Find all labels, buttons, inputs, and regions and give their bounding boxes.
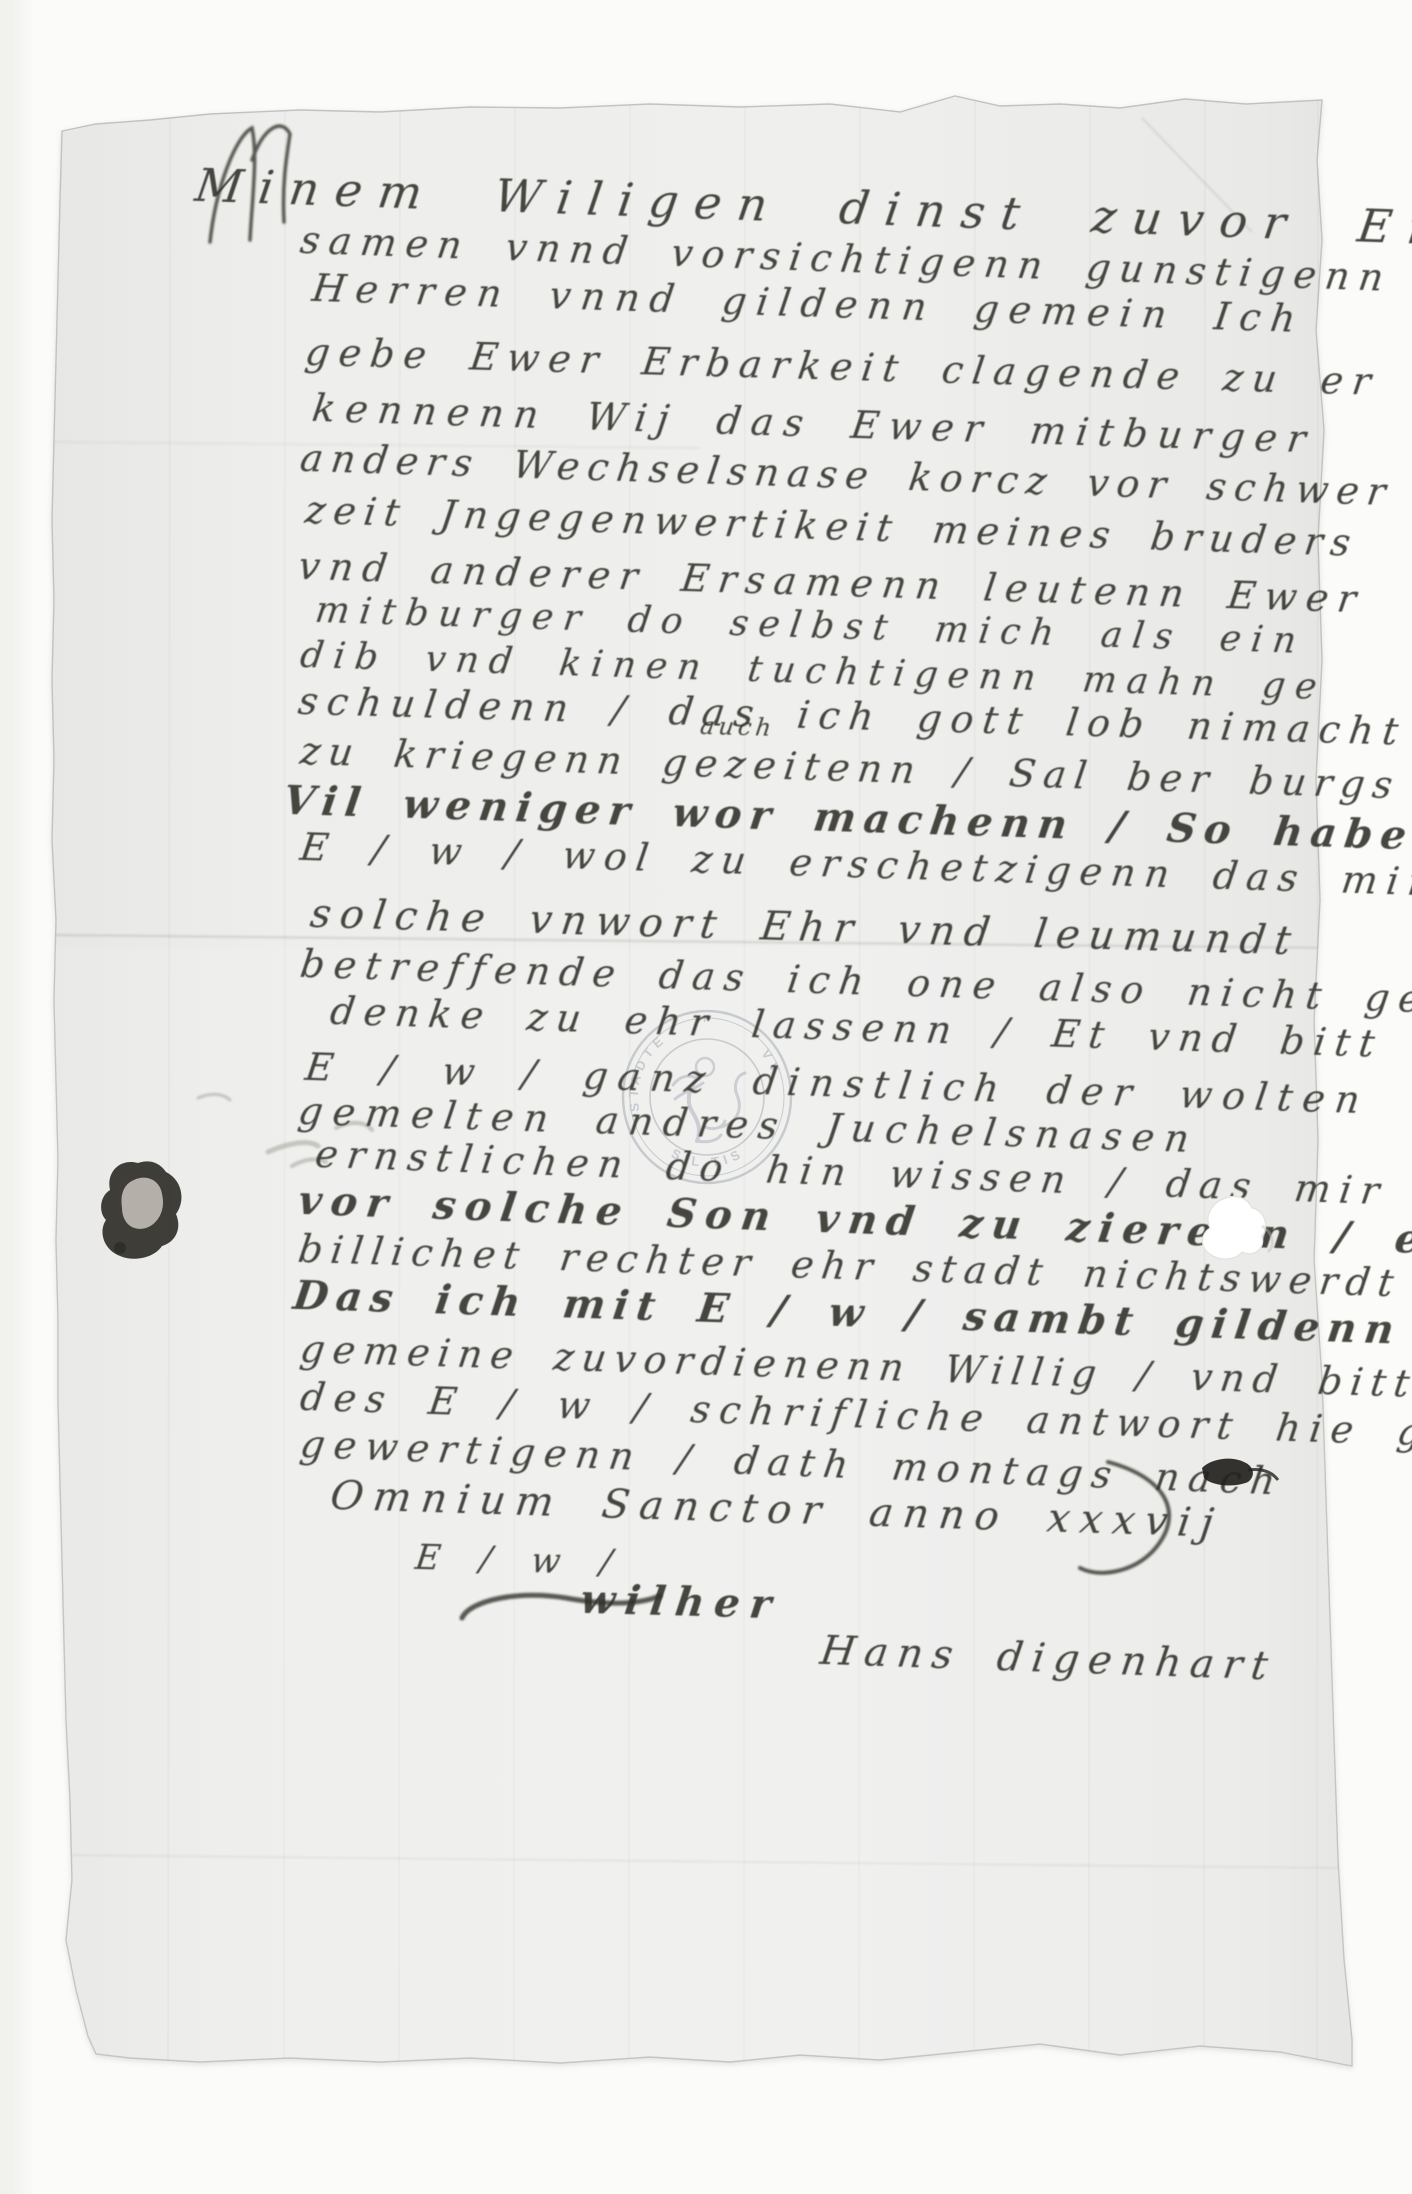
document-scan: + STADTE VV SIL TIS [0, 0, 1412, 2194]
handwriting-line: auch [699, 712, 777, 742]
handwriting-block: Minem Wiligen dinst zuvor Ersamen vnnd v… [0, 0, 1412, 2194]
handwriting-line: wilher [578, 1576, 785, 1628]
handwriting-line: Hans digenhart [817, 1628, 1279, 1690]
